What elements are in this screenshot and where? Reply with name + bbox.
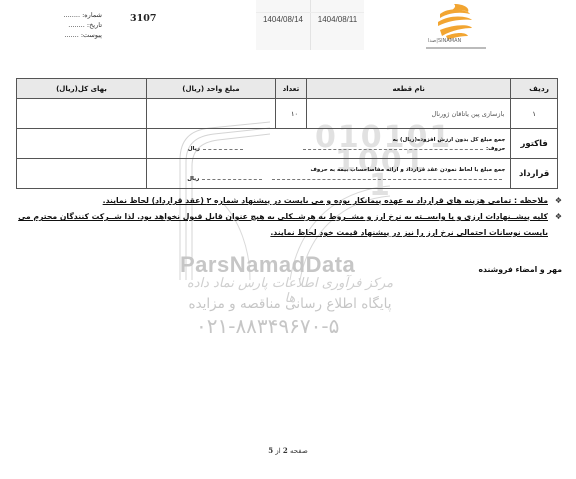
page-indicator: صفحه 2 از 5 [0, 446, 576, 455]
dotted-line [202, 179, 262, 180]
note-item: ❖ کلیه پیشــنهادات ارزی و یا وابســته به… [14, 209, 562, 225]
invoice-amount-words[interactable]: جمع مبلغ کل بدون ارزش افزوده(ریال) به حر… [146, 129, 510, 159]
row-number: ۱ [511, 99, 558, 129]
invoice-row: فاکتور جمع مبلغ کل بدون ارزش افزوده(ریال… [17, 129, 558, 159]
watermark-line-2: پایگاه اطلاع رسانی مناقصه و مزایده [180, 296, 400, 312]
logo-subtitle [426, 47, 486, 49]
note-text: ملاحظه : تمامی هزینه های قرارداد به عهده… [103, 193, 548, 209]
invoice-total-cell[interactable] [17, 129, 147, 159]
header-part-name: نام قطعه [306, 79, 510, 99]
seller-signature-label: مهر و امضاء فروشنده [479, 265, 562, 274]
rial-label: ریال [187, 175, 199, 184]
table-row: ۱ بازسازی پین یاتاقان ژورنال ۱۰ [17, 99, 558, 129]
diamond-bullet-icon: ❖ [548, 193, 562, 209]
contract-total-cell[interactable] [17, 159, 147, 189]
dotted-line [303, 149, 483, 150]
current-page: 2 [283, 446, 288, 455]
header-total-price: بهای کل(ریال) [17, 79, 147, 99]
dotted-line [203, 149, 243, 150]
watermark-line-1: مرکز فرآوری اطلاعات پارس نماد داده ها [185, 276, 395, 306]
header-quantity: تعداد [275, 79, 306, 99]
diamond-bullet-icon: ❖ [548, 209, 562, 225]
note-text: کلیه پیشــنهادات ارزی و یا وابســته به ن… [18, 209, 548, 225]
deadline-date: 1404/08/14 [256, 0, 310, 50]
number-field: شماره: ........ [52, 10, 102, 20]
header-unit-price: مبلغ واحد (ریال) [146, 79, 275, 99]
watermark-brand: ParsNamadData [180, 252, 355, 278]
logo-brand-text: صدا|SINAMAN [428, 38, 461, 44]
total-price-cell[interactable] [17, 99, 147, 129]
divider [256, 12, 364, 13]
unit-price-cell[interactable] [146, 99, 275, 129]
date-field: تاریخ: ........ [52, 20, 102, 30]
contract-amount-words[interactable]: جمع مبلغ با لحاظ نمودن عقد قرارداد و ارا… [146, 159, 510, 189]
note-continuation: بایست نوسانات احتمالی نرخ ارز را نیز در … [14, 225, 562, 241]
watermark-phone: ۰۲۱-۸۸۳۴۹۶۷۰-۵ [196, 314, 339, 338]
attachment-field: پیوست: ....... [52, 30, 102, 40]
date-box: 1404/08/14 1404/08/11 [256, 0, 364, 50]
contract-label: قرارداد [511, 159, 558, 189]
total-pages: 5 [268, 446, 273, 455]
letter-meta: شماره: ........ تاریخ: ........ پیوست: .… [52, 10, 102, 40]
issue-date: 1404/08/11 [310, 0, 364, 50]
invoice-label: فاکتور [511, 129, 558, 159]
note-item: ❖ ملاحظه : تمامی هزینه های قرارداد به عه… [14, 193, 562, 209]
invoice-text: جمع مبلغ کل بدون ارزش افزوده(ریال) به [151, 136, 505, 145]
dotted-line [272, 179, 502, 180]
part-name: بازسازی پین یاتاقان ژورنال [306, 99, 510, 129]
table-header-row: ردیف نام قطعه تعداد مبلغ واحد (ریال) بها… [17, 79, 558, 99]
contract-row: قرارداد جمع مبلغ با لحاظ نمودن عقد قرارد… [17, 159, 558, 189]
header-row-number: ردیف [511, 79, 558, 99]
document-number: 3107 [130, 13, 156, 24]
items-table: ردیف نام قطعه تعداد مبلغ واحد (ریال) بها… [16, 78, 558, 189]
rial-label: ریال [188, 145, 200, 154]
quantity: ۱۰ [275, 99, 306, 129]
notes-section: ❖ ملاحظه : تمامی هزینه های قرارداد به عه… [14, 193, 562, 241]
contract-text: جمع مبلغ با لحاظ نمودن عقد قرارداد و ارا… [151, 166, 505, 175]
